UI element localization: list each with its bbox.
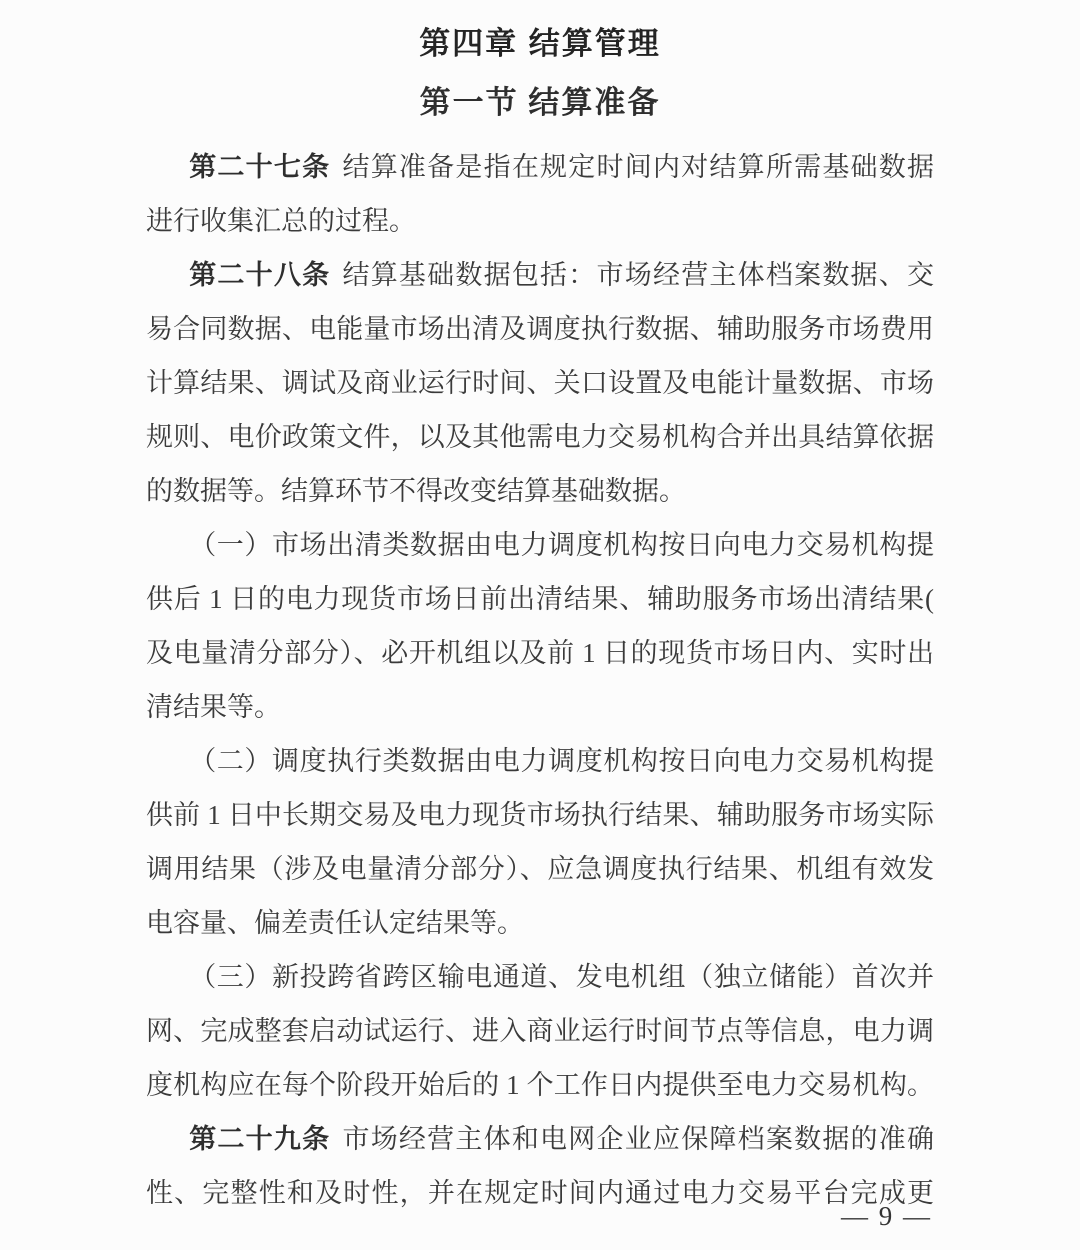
article-27-line-1: 第二十七条结算准备是指在规定时间内对结算所需基础数据 <box>146 140 934 194</box>
item-1-line-1: （一）市场出清类数据由电力调度机构按日向电力交易机构提 <box>146 518 934 572</box>
item-1-line-4: 清结果等。 <box>146 680 934 734</box>
article-29-line-2: 性、完整性和及时性，并在规定时间内通过电力交易平台完成更新、 <box>146 1166 934 1220</box>
item-2-line-4: 电容量、偏差责任认定结果等。 <box>146 896 934 950</box>
chapter-title: 第四章 结算管理 <box>146 26 934 62</box>
document-body: 第二十七条结算准备是指在规定时间内对结算所需基础数据进行收集汇总的过程。第二十八… <box>146 140 934 1220</box>
article-27-number: 第二十七条 <box>189 152 342 182</box>
item-1-line-3: 及电量清分部分）、必开机组以及前 1 日的现货市场日内、实时出 <box>146 626 934 680</box>
article-27-line-2: 进行收集汇总的过程。 <box>146 194 934 248</box>
item-3-line-3: 度机构应在每个阶段开始后的 1 个工作日内提供至电力交易机构。 <box>146 1058 934 1112</box>
item-1-line-2: 供后 1 日的电力现货市场日前出清结果、辅助服务市场出清结果( 涉 <box>146 572 934 626</box>
section-title: 第一节 结算准备 <box>146 84 934 122</box>
article-28-number: 第二十八条 <box>189 260 342 290</box>
item-2-line-3: 调用结果（涉及电量清分部分）、应急调度执行结果、机组有效发 <box>146 842 934 896</box>
article-28-line-2: 易合同数据、电能量市场出清及调度执行数据、辅助服务市场费用 <box>146 302 934 356</box>
document-page: 第四章 结算管理 第一节 结算准备 第二十七条结算准备是指在规定时间内对结算所需… <box>0 0 1080 1250</box>
item-3-line-1: （三）新投跨省跨区输电通道、发电机组（独立储能）首次并 <box>146 950 934 1004</box>
article-29-number: 第二十九条 <box>189 1124 342 1154</box>
item-2-line-2: 供前 1 日中长期交易及电力现货市场执行结果、辅助服务市场实际 <box>146 788 934 842</box>
item-2-line-1: （二）调度执行类数据由电力调度机构按日向电力交易机构提 <box>146 734 934 788</box>
page-number: — 9 — <box>841 1196 932 1236</box>
article-28-line-1: 第二十八条结算基础数据包括：市场经营主体档案数据、交 <box>146 248 934 302</box>
item-3-line-2: 网、完成整套启动试运行、进入商业运行时间节点等信息，电力调 <box>146 1004 934 1058</box>
article-28-line-5: 的数据等。结算环节不得改变结算基础数据。 <box>146 464 934 518</box>
article-29-line-1: 第二十九条市场经营主体和电网企业应保障档案数据的准确 <box>146 1112 934 1166</box>
article-28-line-3: 计算结果、调试及商业运行时间、关口设置及电能计量数据、市场 <box>146 356 934 410</box>
article-28-line-4: 规则、电价政策文件，以及其他需电力交易机构合并出具结算依据 <box>146 410 934 464</box>
